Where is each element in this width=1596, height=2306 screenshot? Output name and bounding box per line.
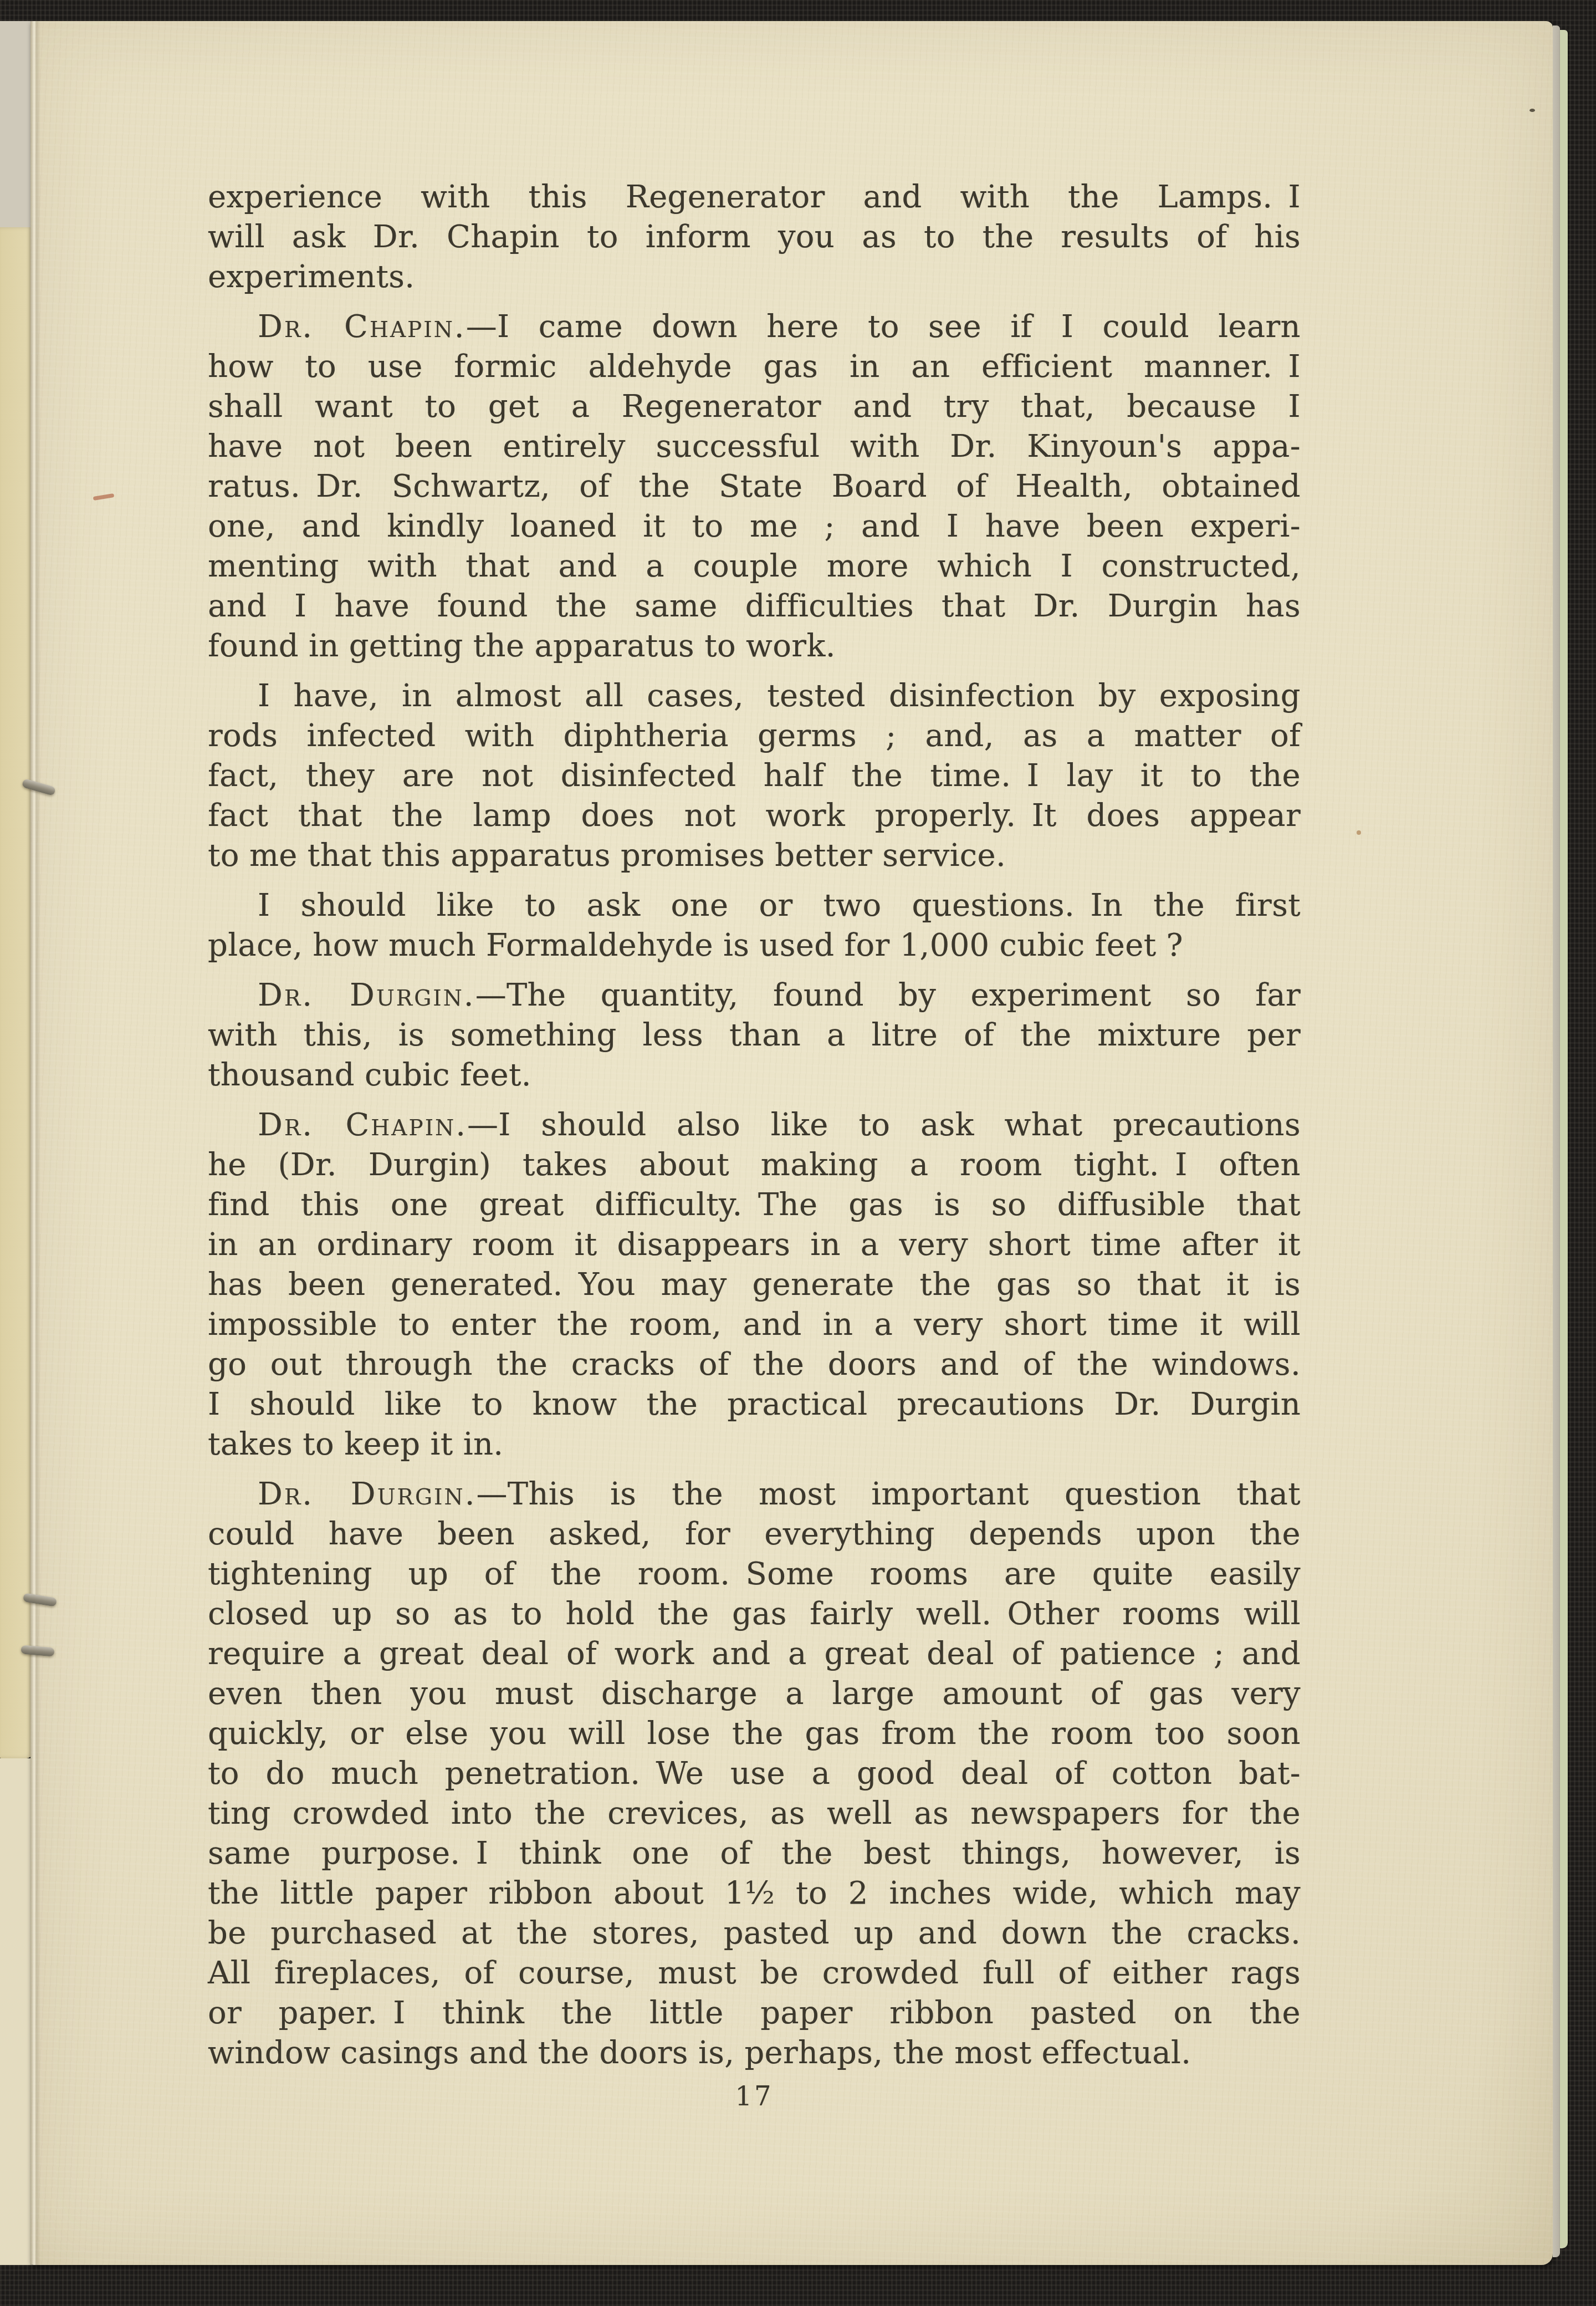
line-text: I have, in almost all cases, tested disi…	[258, 678, 1301, 714]
text-line: window casings and the doors is, perhaps…	[208, 2033, 1301, 2073]
line-text: experience with this Regenerator and wit…	[208, 179, 1301, 215]
text-line: the little paper ribbon about 1½ to 2 in…	[208, 1874, 1301, 1914]
text-line: to me that this apparatus promises bette…	[208, 836, 1301, 876]
line-text: the little paper ribbon about 1½ to 2 in…	[208, 1875, 1301, 1911]
text-line: be purchased at the stores, pasted up an…	[208, 1914, 1301, 1953]
page-number: 17	[208, 2082, 1301, 2111]
speaker-name: Dr. Chapin.	[258, 1107, 467, 1143]
line-text: go out through the cracks of the doors a…	[208, 1346, 1301, 1382]
line-text: —The quantity, found by experiment so fa…	[475, 977, 1301, 1013]
line-text: impossible to enter the room, and in a v…	[208, 1307, 1301, 1343]
page-bottom-left-edge	[0, 1758, 32, 2265]
line-text: ratus. Dr. Schwartz, of the State Board …	[208, 468, 1301, 504]
text-line: fact that the lamp does not work properl…	[208, 796, 1301, 836]
text-line: impossible to enter the room, and in a v…	[208, 1305, 1301, 1345]
speaker-name: Dr. Durgin.	[258, 977, 475, 1013]
line-text: —I should also like to ask what precauti…	[467, 1107, 1301, 1143]
line-text: with this, is something less than a litr…	[208, 1017, 1301, 1053]
text-line: he (Dr. Durgin) takes about making a roo…	[208, 1145, 1301, 1185]
line-text: have not been entirely successful with D…	[208, 428, 1301, 465]
text-line: will ask Dr. Chapin to inform you as to …	[208, 217, 1301, 257]
text-line: Dr. Chapin.—I came down here to see if I…	[208, 307, 1301, 347]
page-text-block: experience with this Regenerator and wit…	[208, 177, 1301, 2073]
speaker-name: Dr. Durgin.	[258, 1476, 476, 1512]
text-line: place, how much Formaldehyde is used for…	[208, 926, 1301, 966]
line-text: tightening up of the room. Some rooms ar…	[208, 1556, 1301, 1592]
text-line: require a great deal of work and a great…	[208, 1634, 1301, 1674]
line-text: experiments.	[208, 259, 415, 295]
text-line: go out through the cracks of the doors a…	[208, 1345, 1301, 1385]
line-text: All fireplaces, of course, must be crowd…	[208, 1955, 1301, 1991]
line-text: one, and kindly loaned it to me ; and I …	[208, 508, 1301, 544]
text-line: rods infected with diphtheria germs ; an…	[208, 716, 1301, 756]
text-line: experience with this Regenerator and wit…	[208, 177, 1301, 217]
text-line: find this one great difficulty. The gas …	[208, 1185, 1301, 1225]
text-line: to do much penetration. We use a good de…	[208, 1754, 1301, 1794]
line-text: quickly, or else you will lose the gas f…	[208, 1716, 1301, 1752]
text-line: Dr. Durgin.—The quantity, found by exper…	[208, 976, 1301, 1016]
line-text: in an ordinary room it disappears in a v…	[208, 1227, 1301, 1263]
line-text: to me that this apparatus promises bette…	[208, 838, 1006, 874]
line-text: found in getting the apparatus to work.	[208, 628, 836, 664]
text-line: one, and kindly loaned it to me ; and I …	[208, 507, 1301, 547]
line-text: place, how much Formaldehyde is used for…	[208, 927, 1183, 963]
line-text: will ask Dr. Chapin to inform you as to …	[208, 219, 1301, 255]
line-text: to do much penetration. We use a good de…	[208, 1756, 1301, 1792]
text-line: have not been entirely successful with D…	[208, 427, 1301, 467]
line-text: shall want to get a Regenerator and try …	[208, 389, 1301, 425]
line-text: how to use formic aldehyde gas in an eff…	[208, 349, 1301, 385]
line-text: or paper. I think the little paper ribbo…	[208, 1995, 1301, 2031]
line-text: —I came down here to see if I could lear…	[466, 309, 1301, 345]
line-text: he (Dr. Durgin) takes about making a roo…	[208, 1147, 1301, 1183]
text-line: closed up so as to hold the gas fairly w…	[208, 1594, 1301, 1634]
speaker-name: Dr. Chapin.	[258, 309, 466, 345]
book-scan: { "page": { "number": "17" }, "colors": …	[0, 0, 1596, 2306]
line-text: has been generated. You may generate the…	[208, 1267, 1301, 1303]
line-text: window casings and the doors is, perhaps…	[208, 2035, 1191, 2071]
text-line: Dr. Chapin.—I should also like to ask wh…	[208, 1105, 1301, 1145]
text-line: same purpose. I think one of the best th…	[208, 1834, 1301, 1874]
text-line: experiments.	[208, 257, 1301, 297]
text-line: fact, they are not disinfected half the …	[208, 756, 1301, 796]
text-line: ting crowded into the crevices, as well …	[208, 1794, 1301, 1834]
text-line: has been generated. You may generate the…	[208, 1265, 1301, 1305]
line-text: fact, they are not disinfected half the …	[208, 758, 1301, 794]
text-line: in an ordinary room it disappears in a v…	[208, 1225, 1301, 1265]
cover-edge-strip	[0, 21, 32, 227]
text-line: with this, is something less than a litr…	[208, 1016, 1301, 1055]
text-line: Dr. Durgin.—This is the most important q…	[208, 1475, 1301, 1514]
line-text: menting with that and a couple more whic…	[208, 548, 1301, 584]
line-text: require a great deal of work and a great…	[208, 1636, 1301, 1672]
text-line: I have, in almost all cases, tested disi…	[208, 676, 1301, 716]
line-text: could have been asked, for everything de…	[208, 1516, 1301, 1552]
page-stack-edge-green	[1560, 30, 1568, 2248]
text-line: how to use formic aldehyde gas in an eff…	[208, 347, 1301, 387]
text-line: even then you must discharge a large amo…	[208, 1674, 1301, 1714]
text-line: thousand cubic feet.	[208, 1055, 1301, 1095]
line-text: I should like to ask one or two question…	[258, 887, 1301, 924]
text-line: shall want to get a Regenerator and try …	[208, 387, 1301, 427]
text-line: I should like to know the practical prec…	[208, 1385, 1301, 1425]
line-text: rods infected with diphtheria germs ; an…	[208, 718, 1301, 754]
text-line: tightening up of the room. Some rooms ar…	[208, 1554, 1301, 1594]
text-line: All fireplaces, of course, must be crowd…	[208, 1953, 1301, 1993]
text-line: menting with that and a couple more whic…	[208, 547, 1301, 586]
line-text: I should like to know the practical prec…	[208, 1386, 1301, 1422]
text-line: I should like to ask one or two question…	[208, 886, 1301, 926]
text-line: takes to keep it in.	[208, 1425, 1301, 1465]
line-text: find this one great difficulty. The gas …	[208, 1187, 1301, 1223]
line-text: even then you must discharge a large amo…	[208, 1676, 1301, 1712]
underlying-page-edge	[0, 227, 32, 1758]
gutter-crease	[30, 21, 40, 2265]
text-line: quickly, or else you will lose the gas f…	[208, 1714, 1301, 1754]
text-line: could have been asked, for everything de…	[208, 1514, 1301, 1554]
line-text: be purchased at the stores, pasted up an…	[208, 1915, 1301, 1951]
line-text: ting crowded into the crevices, as well …	[208, 1795, 1301, 1831]
line-text: closed up so as to hold the gas fairly w…	[208, 1596, 1301, 1632]
line-text: takes to keep it in.	[208, 1426, 503, 1462]
text-line: ratus. Dr. Schwartz, of the State Board …	[208, 467, 1301, 507]
text-line: found in getting the apparatus to work.	[208, 626, 1301, 666]
line-text: fact that the lamp does not work properl…	[208, 798, 1301, 834]
line-text: and I have found the same difficulties t…	[208, 588, 1301, 624]
line-text: —This is the most important question tha…	[476, 1476, 1301, 1512]
text-line: and I have found the same difficulties t…	[208, 586, 1301, 626]
line-text: same purpose. I think one of the best th…	[208, 1835, 1301, 1871]
page-stack-edge-gray	[1553, 25, 1560, 2257]
line-text: thousand cubic feet.	[208, 1057, 531, 1093]
text-line: or paper. I think the little paper ribbo…	[208, 1993, 1301, 2033]
